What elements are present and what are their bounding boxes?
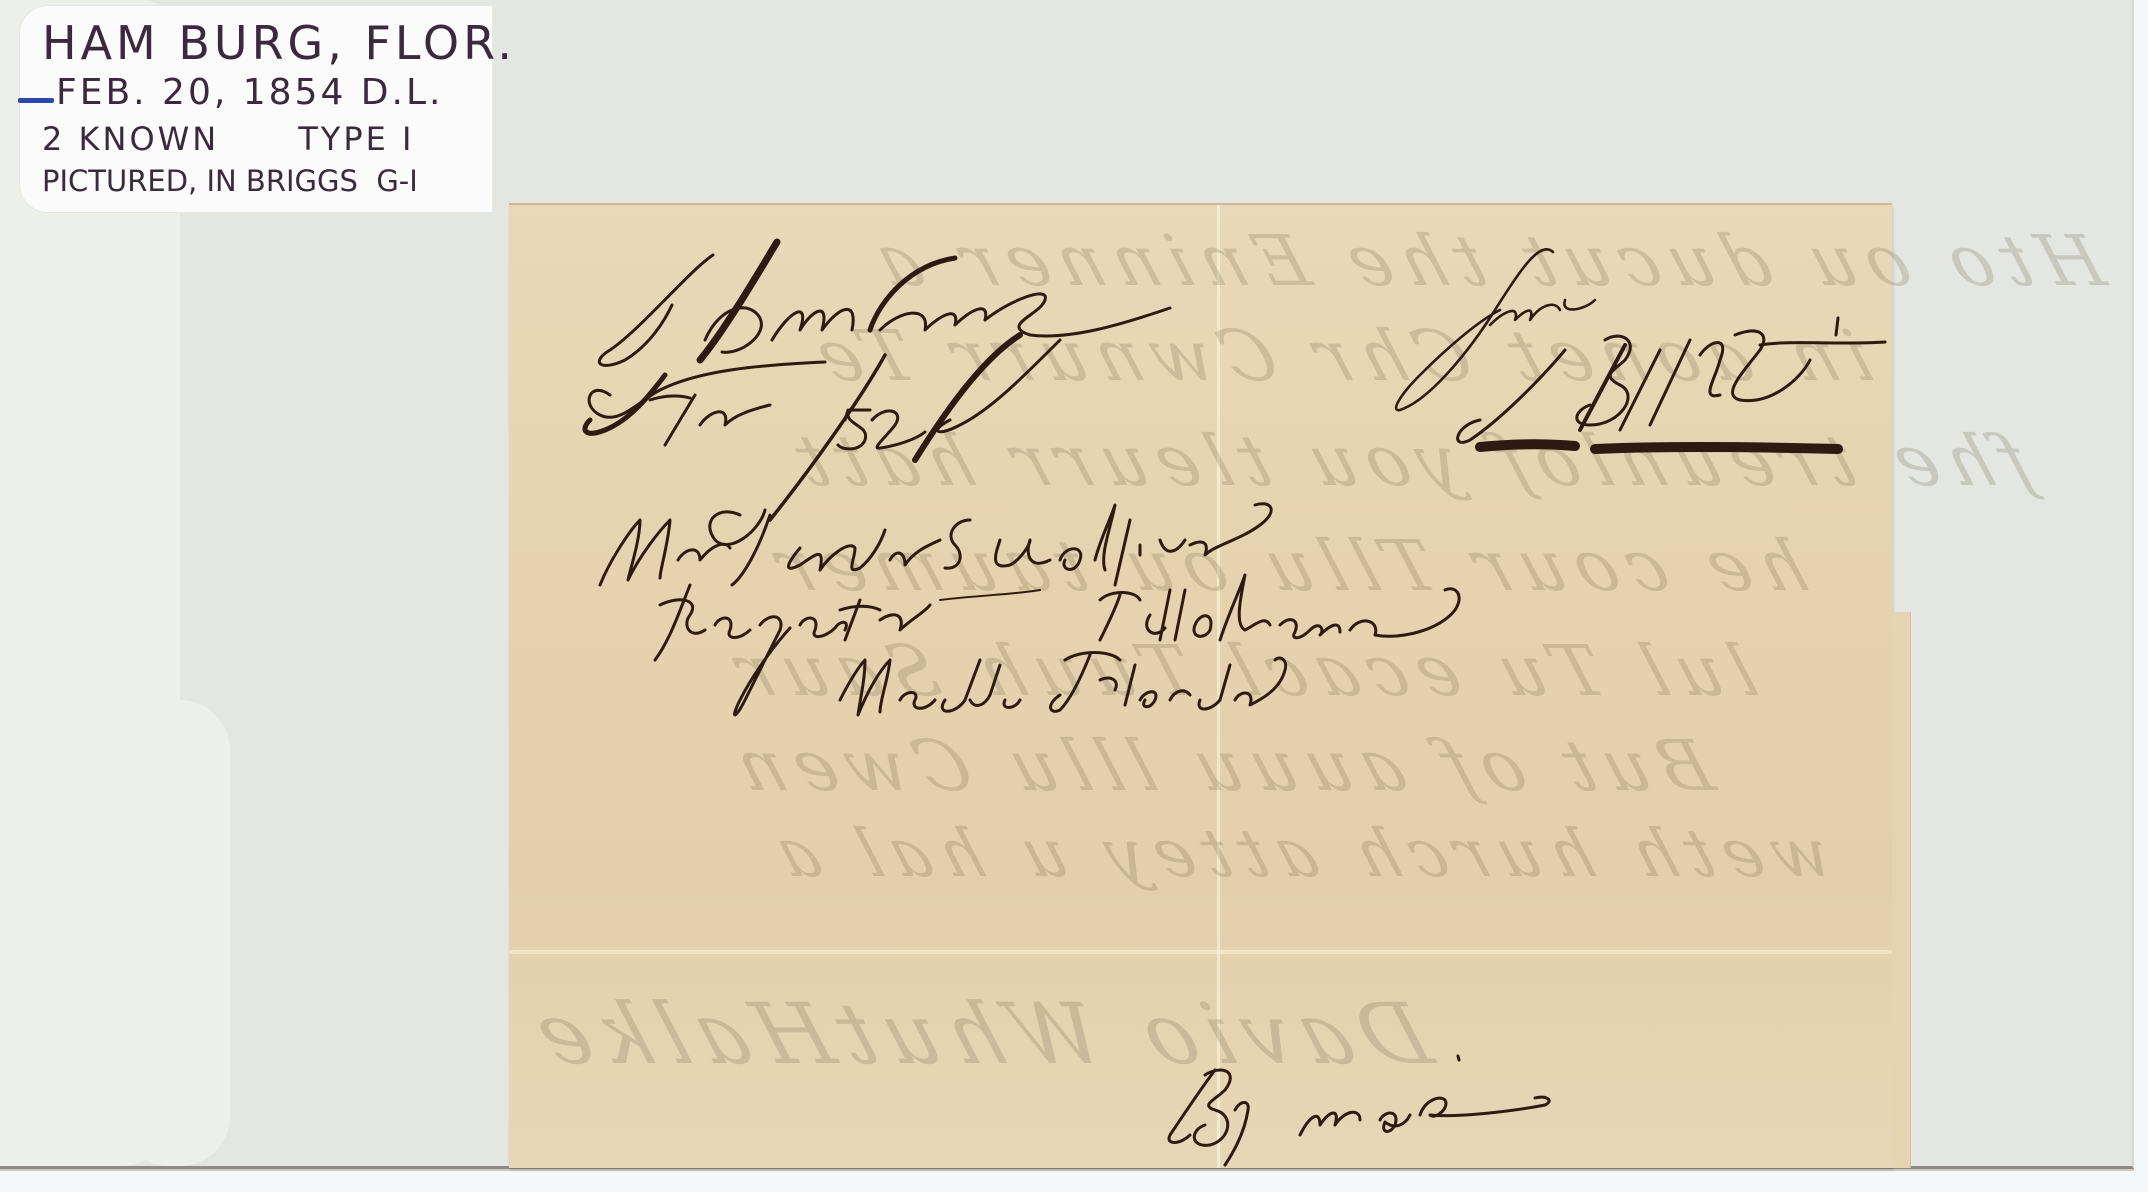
- free-frank-strokes: [1396, 249, 1595, 410]
- free-frank: free: [1420, 320, 1422, 321]
- signature-underline: [1480, 444, 1838, 449]
- routing-instruction: By mail: [1170, 1110, 1174, 1111]
- manuscript-ink: [0, 0, 2148, 1192]
- address-line-3-strokes: [840, 653, 1286, 716]
- address-line-3: Middle Florida: [840, 690, 848, 691]
- postmark-date: 52: [845, 430, 846, 431]
- address-line-2: Regester Tallahassee: [660, 620, 671, 621]
- postmark-hamburg-strokes: [599, 242, 1170, 432]
- routing-by-mail-strokes: [1169, 1056, 1549, 1165]
- postmark-state: Flor: [600, 400, 602, 401]
- postmark-town: Hamburg: [600, 290, 605, 291]
- address-line-1-strokes: [600, 504, 1271, 585]
- franker-signature: J.B. Watts: [1480, 400, 1485, 401]
- postmark-flor-strokes: [585, 362, 825, 445]
- address-line-2-strokes: [655, 575, 1459, 715]
- address-line-1: Mr David S Walker: [600, 550, 610, 551]
- signature-jb-watts-strokes: [1458, 318, 1885, 442]
